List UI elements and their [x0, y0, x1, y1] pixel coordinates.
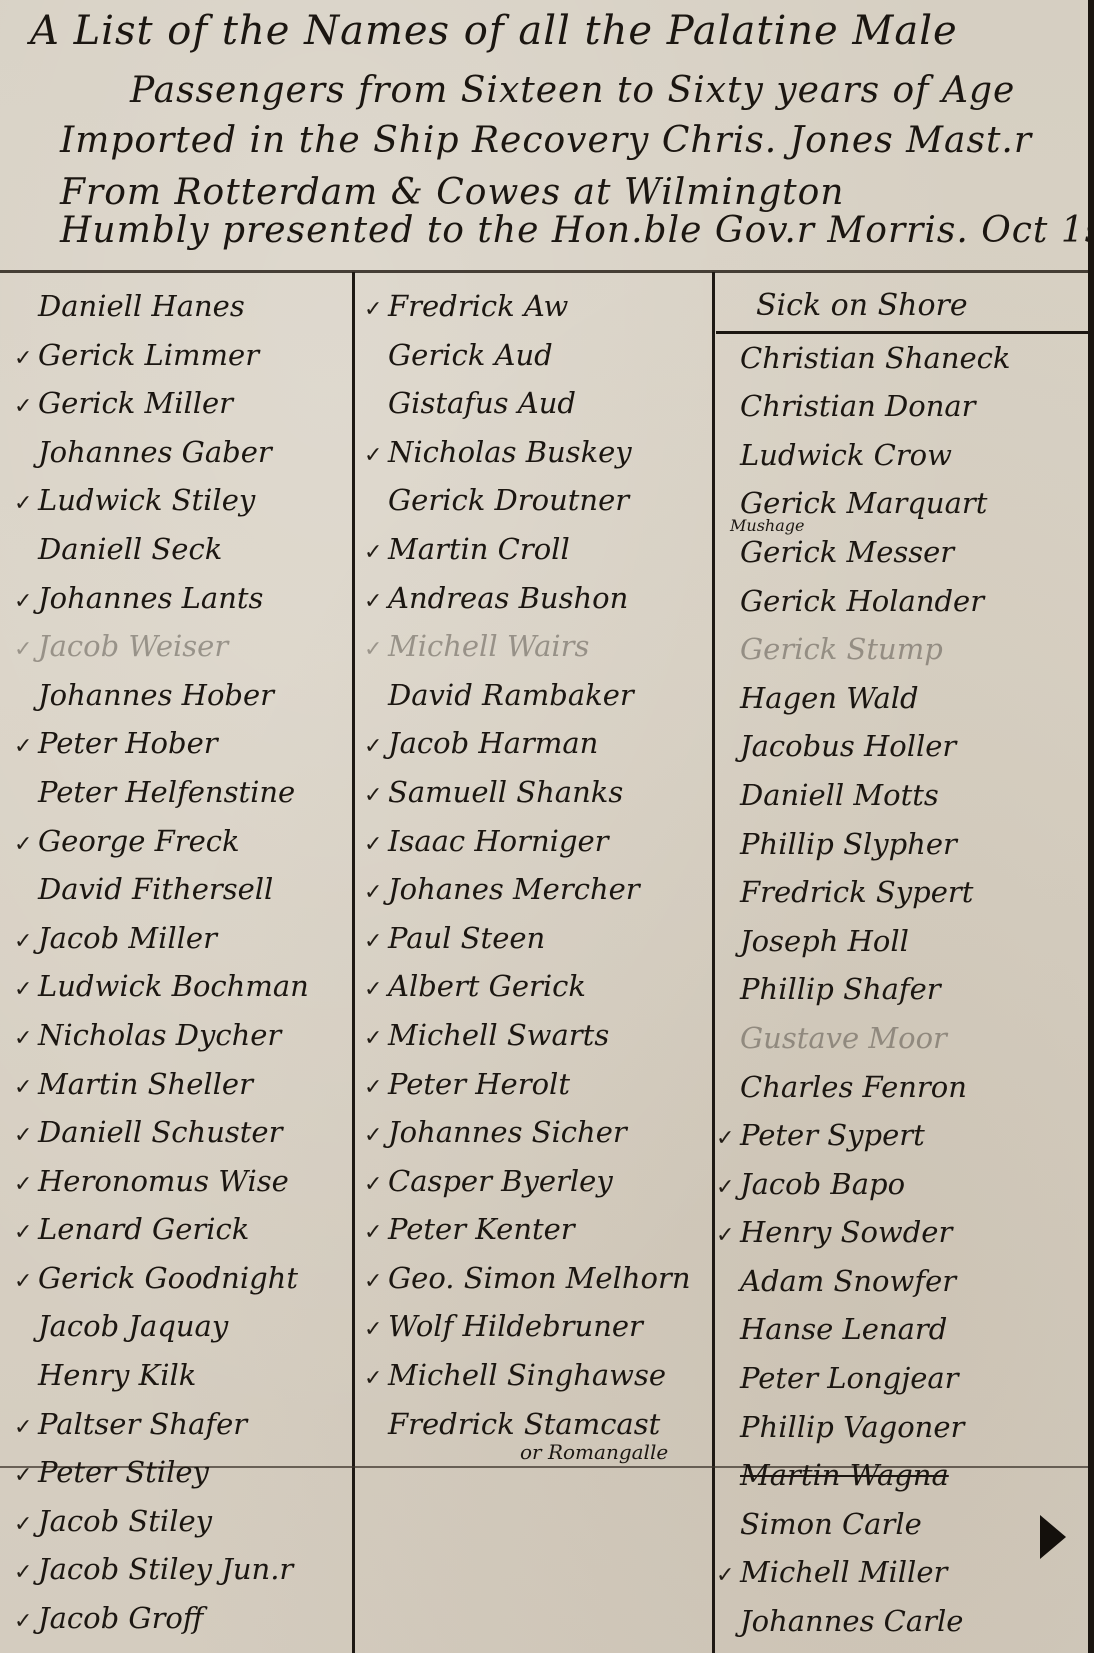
passenger-name-row: Jacobus Holler — [716, 722, 1076, 771]
passenger-name-row: Gerick Droutner — [364, 476, 710, 525]
check-mark-icon: ✓ — [14, 1112, 38, 1161]
check-mark-icon: ✓ — [364, 286, 388, 335]
passenger-name-row: Hanse Lenard — [716, 1305, 1076, 1354]
passenger-name: Hanse Lenard — [740, 1312, 947, 1346]
passenger-name: Peter Stiley — [38, 1455, 209, 1489]
passenger-name: Gustave Moor — [740, 1021, 947, 1055]
passenger-name: Jacob Harman — [388, 726, 598, 760]
passenger-name-row: ✓Geo. Simon Melhorn — [364, 1254, 710, 1303]
passenger-name-row: ✓Jacob Miller — [14, 914, 350, 963]
passenger-name: Peter Sypert — [740, 1118, 925, 1152]
check-mark-icon: ✓ — [14, 1598, 38, 1647]
passenger-name-row: ✓Nicholas Buskey — [364, 428, 710, 477]
ink-blot-mark — [1040, 1515, 1066, 1559]
check-mark-icon: ✓ — [364, 723, 388, 772]
passenger-name: Martin Sheller — [38, 1067, 253, 1101]
passenger-name-row: ✓Albert Gerick — [364, 962, 710, 1011]
passenger-name-row: Phillip Vagoner — [716, 1403, 1076, 1452]
passenger-name: Paul Steen — [388, 921, 545, 955]
column-divider-2 — [712, 272, 715, 1653]
passenger-name-row: Daniell Hanes — [14, 282, 350, 331]
passenger-name: Samuell Shanks — [388, 775, 623, 809]
passenger-name-row: ✓Peter Hober — [14, 719, 350, 768]
passenger-name-row: ✓Michell Singhawse — [364, 1351, 710, 1400]
passenger-name: Michell Singhawse — [388, 1358, 666, 1392]
check-mark-icon: ✓ — [364, 966, 388, 1015]
passenger-name: Lenard Gerick — [38, 1212, 249, 1246]
passenger-name-row: ✓Jacob Harman — [364, 719, 710, 768]
passenger-name-row: ✓George Freck — [14, 817, 350, 866]
passenger-name-row: ✓Lenard Gerick — [14, 1205, 350, 1254]
passenger-name: Gistafus Aud — [388, 386, 576, 420]
check-mark-icon: ✓ — [14, 383, 38, 432]
names-column-1: Daniell Hanes✓Gerick Limmer✓Gerick Mille… — [14, 282, 350, 1643]
check-mark-icon: ✓ — [14, 821, 38, 870]
passenger-name: Albert Gerick — [388, 969, 586, 1003]
check-mark-icon: ✓ — [364, 772, 388, 821]
check-mark-icon: ✓ — [364, 1064, 388, 1113]
check-mark-icon: ✓ — [14, 1161, 38, 1210]
passenger-name-row: Johannes Carle — [716, 1597, 1076, 1646]
passenger-name: Paltser Shafer — [38, 1407, 247, 1441]
passenger-name-row: Phillip Slypher — [716, 820, 1076, 869]
passenger-name: Charles Fenron — [740, 1070, 967, 1104]
check-mark-icon: ✓ — [14, 626, 38, 675]
check-mark-icon: ✓ — [14, 1258, 38, 1307]
passenger-name-row: Johannes Hober — [14, 671, 350, 720]
passenger-name-row: ✓Andreas Bushon — [364, 574, 710, 623]
passenger-name: Phillip Shafer — [740, 972, 941, 1006]
passenger-name: Hagen Wald — [740, 681, 919, 715]
passenger-name-row: ✓Ludwick Bochman — [14, 962, 350, 1011]
passenger-name: Jacob Bapo — [740, 1167, 905, 1201]
check-mark-icon: ✓ — [716, 1552, 740, 1601]
passenger-name-row: ✓Michell Miller — [716, 1548, 1076, 1597]
passenger-name-row: Christian Donar — [716, 382, 1076, 431]
passenger-name-row: David Fithersell — [14, 865, 350, 914]
passenger-name: Peter Helfenstine — [38, 775, 295, 809]
check-mark-icon: ✓ — [364, 1112, 388, 1161]
passenger-name: Johannes Hober — [38, 678, 274, 712]
passenger-name: Joseph Holl — [740, 924, 909, 958]
annotation-above-messer: Mushage — [730, 516, 804, 535]
passenger-name-row: ✓Casper Byerley — [364, 1157, 710, 1206]
passenger-name-row: ✓Samuell Shanks — [364, 768, 710, 817]
passenger-name: Heronomus Wise — [38, 1164, 289, 1198]
check-mark-icon: ✓ — [14, 1015, 38, 1064]
passenger-name: Ludwick Stiley — [38, 483, 255, 517]
check-mark-icon: ✓ — [364, 1015, 388, 1064]
passenger-name-row: Joseph Holl — [716, 917, 1076, 966]
passenger-name-row: Gerick Messer — [716, 528, 1076, 577]
passenger-name-row: Daniell Seck — [14, 525, 350, 574]
heading-line-2: Passengers from Sixteen to Sixty years o… — [130, 70, 1015, 111]
passenger-name-row: Gistafus Aud — [364, 379, 710, 428]
check-mark-icon: ✓ — [14, 1549, 38, 1598]
passenger-name: Nicholas Buskey — [388, 435, 632, 469]
passenger-name-row: ✓Jacob Stiley Jun.r — [14, 1545, 350, 1594]
passenger-name-row: Gerick Stump — [716, 625, 1076, 674]
check-mark-icon: ✓ — [14, 723, 38, 772]
check-mark-icon: ✓ — [14, 480, 38, 529]
passenger-name-row: Gustave Moor — [716, 1014, 1076, 1063]
check-mark-icon: ✓ — [14, 578, 38, 627]
passenger-name-row: ✓Gerick Miller — [14, 379, 350, 428]
passenger-name-row: Martin Wagna — [716, 1451, 1076, 1500]
passenger-name: Phillip Slypher — [740, 827, 957, 861]
passenger-name: Peter Longjear — [740, 1361, 959, 1395]
passenger-name-row: ✓Michell Swarts — [364, 1011, 710, 1060]
check-mark-icon: ✓ — [364, 1306, 388, 1355]
passenger-name-row: ✓Jacob Weiser — [14, 622, 350, 671]
passenger-name-row: Fredrick Sypert — [716, 868, 1076, 917]
passenger-name: Johannes Carle — [740, 1604, 963, 1638]
passenger-name-row: ✓Jacob Groff — [14, 1594, 350, 1643]
passenger-name: Phillip Vagoner — [740, 1410, 964, 1444]
passenger-name-row: Charles Fenron — [716, 1063, 1076, 1112]
check-mark-icon: ✓ — [14, 1209, 38, 1258]
passenger-name-row: Peter Longjear — [716, 1354, 1076, 1403]
passenger-name-row: Gerick Aud — [364, 331, 710, 380]
names-column-2: ✓Fredrick AwGerick AudGistafus Aud✓Nicho… — [364, 282, 710, 1448]
check-mark-icon: ✓ — [14, 1452, 38, 1501]
passenger-name: Fredrick Sypert — [740, 875, 973, 909]
passenger-name-row: ✓Jacob Stiley — [14, 1497, 350, 1546]
passenger-name: Peter Kenter — [388, 1212, 575, 1246]
passenger-name-row: David Rambaker — [364, 671, 710, 720]
check-mark-icon: ✓ — [364, 1355, 388, 1404]
passenger-name: Jacob Stiley — [38, 1504, 212, 1538]
passenger-name: Jacob Miller — [38, 921, 217, 955]
manifest-page: A List of the Names of all the Palatine … — [0, 0, 1094, 1653]
passenger-name-row: ✓Wolf Hildebruner — [364, 1302, 710, 1351]
passenger-name-row: ✓Gerick Limmer — [14, 331, 350, 380]
passenger-name: Isaac Horniger — [388, 824, 609, 858]
passenger-name: Gerick Droutner — [388, 483, 629, 517]
passenger-name: Johanes Mercher — [388, 872, 640, 906]
check-mark-icon: ✓ — [364, 1209, 388, 1258]
passenger-name: Gerick Limmer — [38, 338, 259, 372]
passenger-name-row: ✓Fredrick Aw — [364, 282, 710, 331]
passenger-name-row: ✓Johannes Lants — [14, 574, 350, 623]
passenger-name: Jacob Jaquay — [38, 1309, 228, 1343]
passenger-name: Ludwick Bochman — [38, 969, 309, 1003]
passenger-name-row: ✓Gerick Goodnight — [14, 1254, 350, 1303]
passenger-name-row: ✓Isaac Horniger — [364, 817, 710, 866]
passenger-name-row: Johannes Gaber — [14, 428, 350, 477]
passenger-name-row: Peter Helfenstine — [14, 768, 350, 817]
passenger-name-row: ✓Peter Sypert — [716, 1111, 1076, 1160]
check-mark-icon: ✓ — [364, 1161, 388, 1210]
passenger-name-row: Christian Shaneck — [716, 334, 1076, 383]
passenger-name: Gerick Stump — [740, 632, 943, 666]
passenger-name: Jacob Weiser — [38, 629, 228, 663]
passenger-name-row: Henry Kilk — [14, 1351, 350, 1400]
passenger-name-row: ✓Michell Wairs — [364, 622, 710, 671]
passenger-name: Martin Wagna — [740, 1458, 949, 1492]
check-mark-icon: ✓ — [14, 335, 38, 384]
passenger-name-row: ✓Heronomus Wise — [14, 1157, 350, 1206]
passenger-name: Gerick Miller — [38, 386, 233, 420]
check-mark-icon: ✓ — [716, 1212, 740, 1261]
document-heading: A List of the Names of all the Palatine … — [0, 0, 1094, 270]
passenger-name: Ludwick Crow — [740, 438, 952, 472]
passenger-name: Peter Herolt — [388, 1067, 570, 1101]
check-mark-icon: ✓ — [14, 1501, 38, 1550]
passenger-name: Johannes Lants — [38, 581, 263, 615]
passenger-name: Gerick Messer — [740, 535, 954, 569]
passenger-name-row: ✓Johanes Mercher — [364, 865, 710, 914]
check-mark-icon: ✓ — [364, 432, 388, 481]
heading-line-1: A List of the Names of all the Palatine … — [30, 8, 958, 54]
column-divider-1 — [352, 272, 355, 1653]
passenger-name: Fredrick Aw — [388, 289, 568, 323]
passenger-name: Daniell Seck — [38, 532, 222, 566]
check-mark-icon: ✓ — [364, 529, 388, 578]
passenger-name: Gerick Aud — [388, 338, 553, 372]
passenger-name-row: ✓Peter Herolt — [364, 1060, 710, 1109]
passenger-name-row: ✓Paul Steen — [364, 914, 710, 963]
passenger-name: David Rambaker — [388, 678, 634, 712]
passenger-name-row: Adam Snowfer — [716, 1257, 1076, 1306]
passenger-name: Daniell Schuster — [38, 1115, 282, 1149]
passenger-name-row: ✓Nicholas Dycher — [14, 1011, 350, 1060]
alias-note: or Romangalle — [520, 1440, 668, 1464]
check-mark-icon: ✓ — [364, 918, 388, 967]
passenger-name: Daniell Motts — [740, 778, 939, 812]
passenger-name-row: Jacob Jaquay — [14, 1302, 350, 1351]
top-rule-divider — [0, 270, 1094, 273]
passenger-name: David Fithersell — [38, 872, 273, 906]
passenger-name-row: ✓Jacob Bapo — [716, 1160, 1076, 1209]
check-mark-icon: ✓ — [716, 1115, 740, 1164]
check-mark-icon: ✓ — [14, 918, 38, 967]
check-mark-icon: ✓ — [14, 1064, 38, 1113]
passenger-name-row: ✓Martin Sheller — [14, 1060, 350, 1109]
heading-line-4: From Rotterdam & Cowes at Wilmington — [60, 172, 844, 213]
passenger-name: Daniell Hanes — [38, 289, 245, 323]
passenger-name: Gerick Holander — [740, 584, 984, 618]
passenger-name-row: Daniell Motts — [716, 771, 1076, 820]
passenger-name: Christian Donar — [740, 389, 976, 423]
passenger-name-row: Ludwick Crow — [716, 431, 1076, 480]
passenger-name: Christian Shaneck — [740, 341, 1011, 375]
passenger-name: Jacobus Holler — [740, 729, 956, 763]
passenger-name-row: Phillip Shafer — [716, 965, 1076, 1014]
passenger-name: Henry Sowder — [740, 1215, 952, 1249]
heading-line-3: Imported in the Ship Recovery Chris. Jon… — [60, 120, 1032, 161]
passenger-name-row: Hagen Wald — [716, 674, 1076, 723]
passenger-name: Peter Hober — [38, 726, 218, 760]
passenger-name: Casper Byerley — [388, 1164, 613, 1198]
passenger-name: George Freck — [38, 824, 240, 858]
passenger-name-row: ✓Peter Stiley — [14, 1448, 350, 1497]
passenger-name: Simon Carle — [740, 1507, 922, 1541]
passenger-name: Johannes Sicher — [388, 1115, 627, 1149]
passenger-name: Michell Wairs — [388, 629, 589, 663]
check-mark-icon: ✓ — [364, 869, 388, 918]
sick-on-shore-header: Sick on Shore — [716, 282, 1094, 334]
check-mark-icon: ✓ — [716, 1164, 740, 1213]
passenger-name: Gerick Goodnight — [38, 1261, 298, 1295]
passenger-name-row: ✓Peter Kenter — [364, 1205, 710, 1254]
passenger-name: Johannes Gaber — [38, 435, 272, 469]
passenger-name-row: ✓Johannes Sicher — [364, 1108, 710, 1157]
passenger-name: Henry Kilk — [38, 1358, 196, 1392]
check-mark-icon: ✓ — [364, 626, 388, 675]
passenger-name-row: ✓Daniell Schuster — [14, 1108, 350, 1157]
passenger-name: Andreas Bushon — [388, 581, 628, 615]
passenger-name-row: ✓Paltser Shafer — [14, 1400, 350, 1449]
passenger-name-row: ✓Henry Sowder — [716, 1208, 1076, 1257]
check-mark-icon: ✓ — [364, 1258, 388, 1307]
heading-line-5: Humbly presented to the Hon.ble Gov.r Mo… — [60, 210, 1094, 251]
page-edge — [1088, 0, 1094, 1653]
passenger-name-row: Simon Carle — [716, 1500, 1076, 1549]
passenger-name: Geo. Simon Melhorn — [388, 1261, 691, 1295]
passenger-name-row: Gerick Holander — [716, 577, 1076, 626]
names-column-3: Sick on Shore Christian ShaneckChristian… — [716, 282, 1076, 1646]
passenger-name-row: ✓Martin Croll — [364, 525, 710, 574]
passenger-name: Jacob Groff — [38, 1601, 203, 1635]
check-mark-icon: ✓ — [364, 821, 388, 870]
passenger-name-row: ✓Ludwick Stiley — [14, 476, 350, 525]
passenger-name: Michell Miller — [740, 1555, 947, 1589]
passenger-name: Fredrick Stamcast — [388, 1407, 660, 1441]
passenger-name: Nicholas Dycher — [38, 1018, 281, 1052]
passenger-name: Wolf Hildebruner — [388, 1309, 643, 1343]
passenger-name: Michell Swarts — [388, 1018, 609, 1052]
passenger-name: Jacob Stiley Jun.r — [38, 1552, 293, 1586]
check-mark-icon: ✓ — [14, 966, 38, 1015]
check-mark-icon: ✓ — [14, 1404, 38, 1453]
check-mark-icon: ✓ — [364, 578, 388, 627]
passenger-name: Adam Snowfer — [740, 1264, 956, 1298]
passenger-name: Martin Croll — [388, 532, 570, 566]
